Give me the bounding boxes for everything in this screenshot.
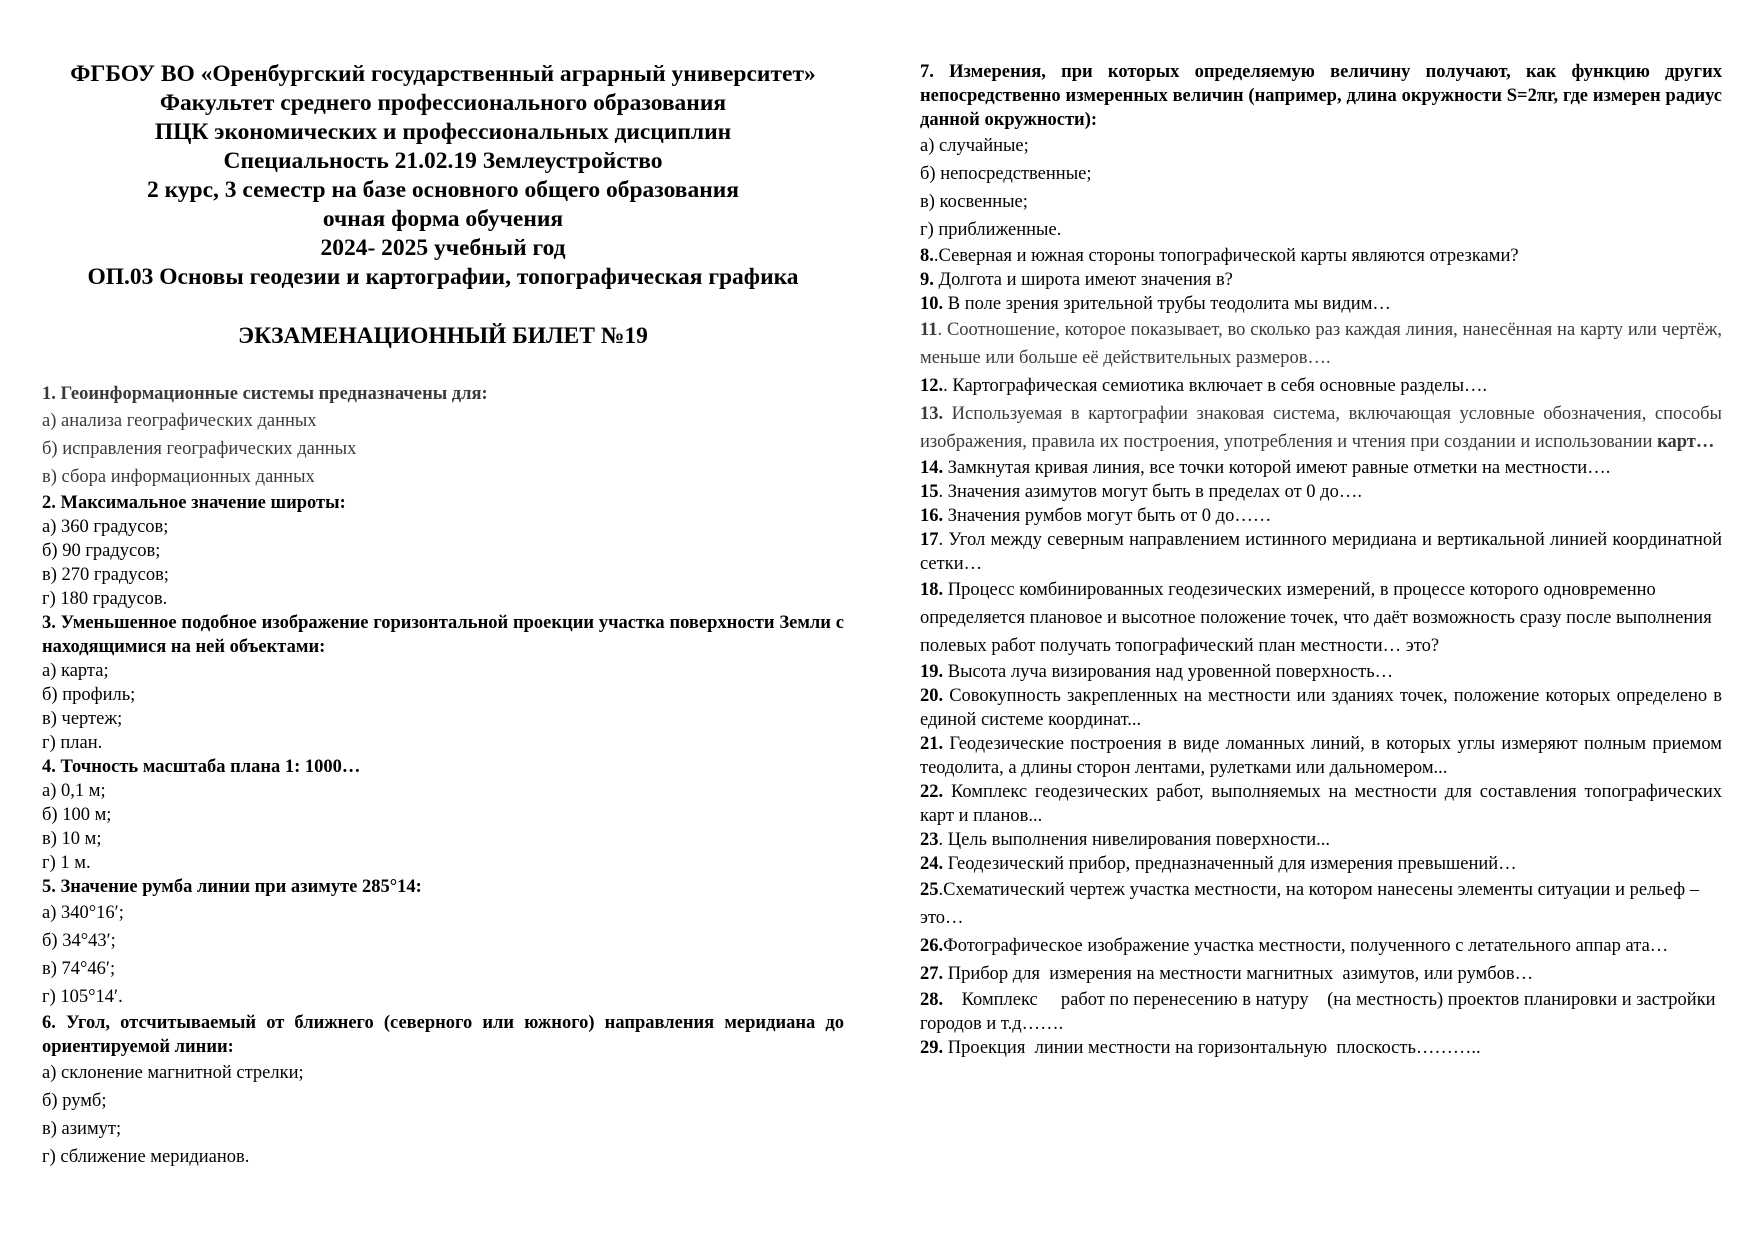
question-number: 8. <box>920 246 934 266</box>
question-text: . Цель выполнения нивелирования поверхно… <box>939 830 1331 850</box>
answer-option: б) 90 градусов; <box>42 539 844 563</box>
question-text: Замкнутая кривая линия, все точки которо… <box>943 458 1610 478</box>
question-9: 9. Долгота и широта имеют значения в? <box>920 268 1722 292</box>
answer-option: а) 340°16′; <box>42 899 844 927</box>
question-text: Комплекс работ по перенесению в натуру (… <box>920 990 1720 1034</box>
question-text: Геодезический прибор, предназначенный дл… <box>943 854 1517 874</box>
question-24: 24. Геодезический прибор, предназначенны… <box>920 852 1722 876</box>
question-number: 12. <box>920 376 943 396</box>
question-8: 8..Северная и южная стороны топографичес… <box>920 244 1722 268</box>
answer-option: в) сбора информационных данных <box>42 463 844 491</box>
question-text: . Угол между северным направлением истин… <box>920 530 1727 574</box>
answer-option: а) склонение магнитной стрелки; <box>42 1059 844 1087</box>
answer-option: а) анализа географических данных <box>42 407 844 435</box>
question-number: 21. <box>920 734 943 754</box>
answer-option: а) 360 градусов; <box>42 515 844 539</box>
answer-option: б) 34°43′; <box>42 927 844 955</box>
question-23: 23. Цель выполнения нивелирования поверх… <box>920 828 1722 852</box>
answer-option: в) азимут; <box>42 1115 844 1143</box>
question-13: 13. Используемая в картографии знаковая … <box>920 400 1722 456</box>
question-6: 6. Угол, отсчитываемый от ближнего (севе… <box>42 1011 844 1171</box>
ticket-title: ЭКЗАМЕНАЦИОННЫЙ БИЛЕТ №19 <box>42 322 844 351</box>
question-text: В поле зрения зрительной трубы теодолита… <box>943 294 1391 314</box>
question-number: 20. <box>920 686 943 706</box>
question-21: 21. Геодезические построения в виде лома… <box>920 732 1722 780</box>
question-19: 19. Высота луча визирования над уровенно… <box>920 660 1722 684</box>
question-number: 9. <box>920 270 934 290</box>
question-text: Фотографическое изображение участка мест… <box>943 936 1668 956</box>
question-25: 25.Схематический чертеж участка местност… <box>920 876 1722 932</box>
question-17: 17. Угол между северным направлением ист… <box>920 528 1722 576</box>
department-name: ПЦК экономических и профессиональных дис… <box>42 118 844 147</box>
question-number: 17 <box>920 530 939 550</box>
question-number: 16. <box>920 506 943 526</box>
question-text: .Схематический чертеж участка местности,… <box>920 880 1704 928</box>
answer-option: г) приближенные. <box>920 216 1722 244</box>
answer-option: в) 270 градусов; <box>42 563 844 587</box>
answer-option: в) косвенные; <box>920 188 1722 216</box>
question-text: Проекция линии местности на горизонтальн… <box>943 1038 1481 1058</box>
question-text: 4. Точность масштаба плана 1: 1000… <box>42 755 844 779</box>
question-18: 18. Процесс комбинированных геодезически… <box>920 576 1722 660</box>
question-text: Долгота и широта имеют значения в? <box>934 270 1233 290</box>
question-number: 14. <box>920 458 943 478</box>
answer-option: б) непосредственные; <box>920 160 1722 188</box>
answer-option: в) чертеж; <box>42 707 844 731</box>
question-number: 28. <box>920 990 943 1010</box>
question-number: 15 <box>920 482 939 502</box>
specialty: Специальность 21.02.19 Землеустройство <box>42 147 844 176</box>
question-text: . Соотношение, которое показывает, во ск… <box>920 320 1727 368</box>
question-text: 2. Максимальное значение широты: <box>42 491 844 515</box>
answer-option: б) профиль; <box>42 683 844 707</box>
question-5: 5. Значение румба линии при азимуте 285°… <box>42 875 844 1011</box>
answer-option: а) карта; <box>42 659 844 683</box>
question-text: Геодезические построения в виде ломанных… <box>920 734 1727 778</box>
course-semester: 2 курс, 3 семестр на базе основного обще… <box>42 176 844 205</box>
answer-option: а) 0,1 м; <box>42 779 844 803</box>
question-text-emphasis: карт… <box>1657 432 1714 452</box>
question-number: 24. <box>920 854 943 874</box>
answer-option: б) исправления географических данных <box>42 435 844 463</box>
open-questions-list: 8..Северная и южная стороны топографичес… <box>920 244 1722 1060</box>
question-1: 1. Геоинформационные системы предназначе… <box>42 381 844 491</box>
question-4: 4. Точность масштаба плана 1: 1000… а) 0… <box>42 755 844 875</box>
answer-option: г) сближение меридианов. <box>42 1143 844 1171</box>
question-number: 11 <box>920 320 937 340</box>
answer-option: а) случайные; <box>920 132 1722 160</box>
question-text: Прибор для измерения на местности магнит… <box>943 964 1533 984</box>
discipline-name: ОП.03 Основы геодезии и картографии, топ… <box>42 263 844 292</box>
answer-option: в) 10 м; <box>42 827 844 851</box>
question-number: 29. <box>920 1038 943 1058</box>
study-form: очная форма обучения <box>42 205 844 234</box>
question-text: . Картографическая семиотика включает в … <box>943 376 1487 396</box>
question-2: 2. Максимальное значение широты: а) 360 … <box>42 491 844 611</box>
answer-option: г) 105°14′. <box>42 983 844 1011</box>
question-20: 20. Совокупность закрепленных на местнос… <box>920 684 1722 732</box>
question-22: 22. Комплекс геодезических работ, выполн… <box>920 780 1722 828</box>
right-column: 7. Измерения, при которых определяемую в… <box>920 60 1722 1060</box>
question-26: 26.Фотографическое изображение участка м… <box>920 932 1722 960</box>
question-text: Высота луча визирования над уровенной по… <box>943 662 1393 682</box>
question-text: 3. Уменьшенное подобное изображение гори… <box>42 611 844 659</box>
question-27: 27. Прибор для измерения на местности ма… <box>920 960 1722 988</box>
question-12: 12.. Картографическая семиотика включает… <box>920 372 1722 400</box>
university-name: ФГБОУ ВО «Оренбургский государственный а… <box>42 60 844 89</box>
question-text: Значения румбов могут быть от 0 до…… <box>943 506 1271 526</box>
question-number: 26. <box>920 936 943 956</box>
question-10: 10. В поле зрения зрительной трубы теодо… <box>920 292 1722 316</box>
question-text: Совокупность закрепленных на местности и… <box>920 686 1727 730</box>
answer-option: б) 100 м; <box>42 803 844 827</box>
question-text: Используемая в картографии знаковая сист… <box>920 404 1727 452</box>
left-column: ФГБОУ ВО «Оренбургский государственный а… <box>42 60 844 1171</box>
question-7: 7. Измерения, при которых определяемую в… <box>920 60 1722 244</box>
question-text: 5. Значение румба линии при азимуте 285°… <box>42 875 844 899</box>
question-text: .Северная и южная стороны топографическо… <box>934 246 1519 266</box>
question-29: 29. Проекция линии местности на горизонт… <box>920 1036 1722 1060</box>
answer-option: г) 180 градусов. <box>42 587 844 611</box>
document-header: ФГБОУ ВО «Оренбургский государственный а… <box>42 60 844 292</box>
question-text: Комплекс геодезических работ, выполняемы… <box>920 782 1727 826</box>
question-number: 13. <box>920 404 943 424</box>
question-text: 7. Измерения, при которых определяемую в… <box>920 60 1722 132</box>
question-11: 11. Соотношение, которое показывает, во … <box>920 316 1722 372</box>
question-number: 23 <box>920 830 939 850</box>
question-text: 6. Угол, отсчитываемый от ближнего (севе… <box>42 1011 844 1059</box>
question-number: 18. <box>920 580 943 600</box>
answer-option: г) план. <box>42 731 844 755</box>
answer-option: б) румб; <box>42 1087 844 1115</box>
question-number: 10. <box>920 294 943 314</box>
question-15: 15. Значения азимутов могут быть в преде… <box>920 480 1722 504</box>
question-number: 25 <box>920 880 939 900</box>
question-text: . Значения азимутов могут быть в предела… <box>939 482 1362 502</box>
question-text: 1. Геоинформационные системы предназначе… <box>42 381 844 407</box>
question-text: Процесс комбинированных геодезических из… <box>920 580 1716 656</box>
answer-option: в) 74°46′; <box>42 955 844 983</box>
question-16: 16. Значения румбов могут быть от 0 до…… <box>920 504 1722 528</box>
question-28: 28. Комплекс работ по перенесению в нату… <box>920 988 1722 1036</box>
answer-option: г) 1 м. <box>42 851 844 875</box>
question-3: 3. Уменьшенное подобное изображение гори… <box>42 611 844 755</box>
academic-year: 2024- 2025 учебный год <box>42 234 844 263</box>
question-number: 27. <box>920 964 943 984</box>
question-number: 19. <box>920 662 943 682</box>
faculty-name: Факультет среднего профессионального обр… <box>42 89 844 118</box>
question-number: 22. <box>920 782 943 802</box>
question-14: 14. Замкнутая кривая линия, все точки ко… <box>920 456 1722 480</box>
